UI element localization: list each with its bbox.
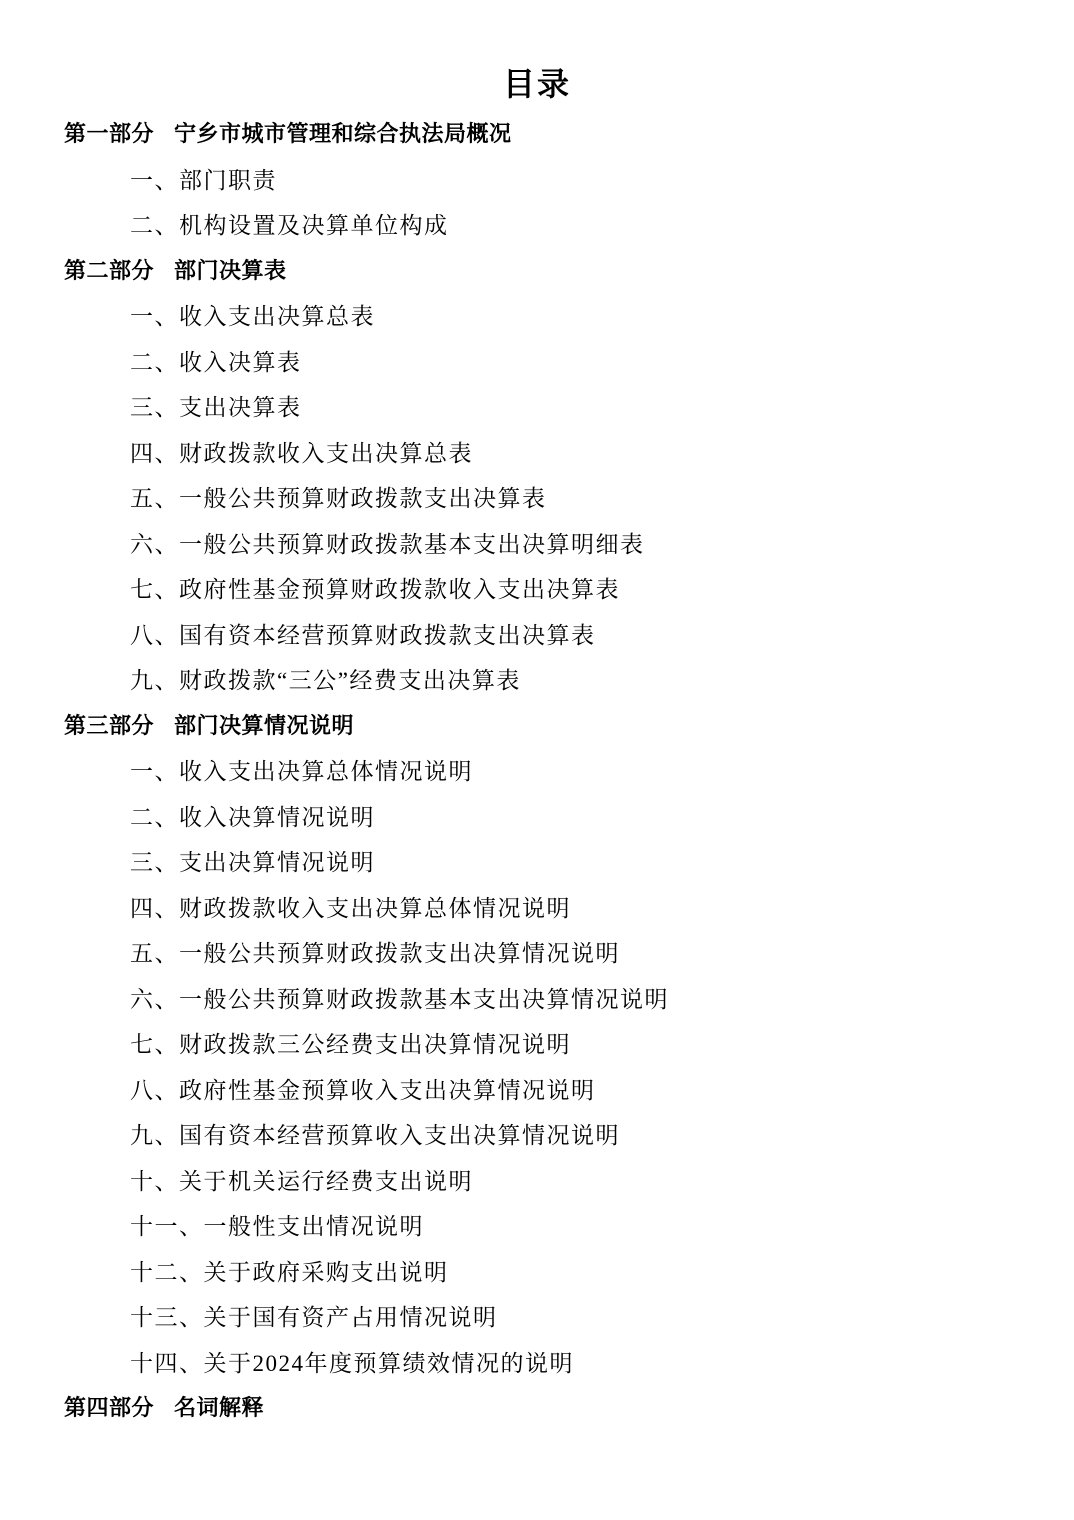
toc-item: 五、一般公共预算财政拨款支出决算情况说明 — [0, 929, 1074, 975]
toc-item-text: 八、政府性基金预算收入支出决算情况说明 — [130, 1072, 596, 1105]
toc-item: 四、财政拨款收入支出决算总表 — [0, 429, 1074, 475]
toc-item-text: 十一、一般性支出情况说明 — [130, 1208, 424, 1241]
toc-item: 一、收入支出决算总体情况说明 — [0, 747, 1074, 793]
toc-item: 七、政府性基金预算财政拨款收入支出决算表 — [0, 565, 1074, 611]
toc-item: 十四、关于2024年度预算绩效情况的说明 — [0, 1339, 1074, 1385]
toc-item: 二、收入决算情况说明 — [0, 793, 1074, 839]
toc-item: 七、财政拨款三公经费支出决算情况说明 — [0, 1020, 1074, 1066]
section-heading: 第四部分 名词解释 — [0, 1384, 1074, 1430]
toc-item: 九、财政拨款“三公”经费支出决算表 — [0, 656, 1074, 702]
toc-item-text: 一、部门职责 — [130, 162, 277, 195]
toc-item-text: 六、一般公共预算财政拨款基本支出决算明细表 — [130, 526, 645, 559]
section-title: 部门决算情况说明 — [174, 709, 354, 740]
toc-item-text: 八、国有资本经营预算财政拨款支出决算表 — [130, 617, 596, 650]
toc-item-text: 一、收入支出决算总体情况说明 — [130, 753, 473, 786]
toc-item-text: 四、财政拨款收入支出决算总体情况说明 — [130, 890, 571, 923]
toc-item-text: 一、收入支出决算总表 — [130, 298, 375, 331]
toc-item: 三、支出决算情况说明 — [0, 838, 1074, 884]
toc-item: 一、收入支出决算总表 — [0, 292, 1074, 338]
toc-item: 三、支出决算表 — [0, 383, 1074, 429]
section-title: 宁乡市城市管理和综合执法局概况 — [174, 117, 512, 148]
section-title: 名词解释 — [174, 1391, 264, 1422]
toc-item: 六、一般公共预算财政拨款基本支出决算情况说明 — [0, 975, 1074, 1021]
toc-item: 十一、一般性支出情况说明 — [0, 1202, 1074, 1248]
toc-item: 六、一般公共预算财政拨款基本支出决算明细表 — [0, 520, 1074, 566]
toc-item: 二、收入决算表 — [0, 338, 1074, 384]
toc-item: 四、财政拨款收入支出决算总体情况说明 — [0, 884, 1074, 930]
toc-item-text: 二、机构设置及决算单位构成 — [130, 207, 449, 240]
toc-item-text: 五、一般公共预算财政拨款支出决算表 — [130, 480, 547, 513]
toc-item-text: 九、财政拨款“三公”经费支出决算表 — [130, 662, 521, 695]
section-part-label: 第二部分 — [64, 254, 154, 285]
toc-item: 八、政府性基金预算收入支出决算情况说明 — [0, 1066, 1074, 1112]
section-part-label: 第四部分 — [64, 1391, 154, 1422]
toc-item-text: 三、支出决算情况说明 — [130, 844, 375, 877]
toc-item: 一、部门职责 — [0, 156, 1074, 202]
toc-item-text: 十四、关于2024年度预算绩效情况的说明 — [130, 1345, 574, 1378]
section-part-label: 第一部分 — [64, 117, 154, 148]
toc-item-text: 七、财政拨款三公经费支出决算情况说明 — [130, 1026, 571, 1059]
table-of-contents: 第一部分 宁乡市城市管理和综合执法局概况 一、部门职责 二、机构设置及决算单位构… — [0, 110, 1074, 1430]
toc-item: 十二、关于政府采购支出说明 — [0, 1248, 1074, 1294]
toc-item: 十、关于机关运行经费支出说明 — [0, 1157, 1074, 1203]
toc-item: 九、国有资本经营预算收入支出决算情况说明 — [0, 1111, 1074, 1157]
section-heading: 第二部分 部门决算表 — [0, 247, 1074, 293]
section-heading: 第一部分 宁乡市城市管理和综合执法局概况 — [0, 110, 1074, 156]
toc-item-text: 二、收入决算情况说明 — [130, 799, 375, 832]
toc-item-text: 四、财政拨款收入支出决算总表 — [130, 435, 473, 468]
toc-item-text: 六、一般公共预算财政拨款基本支出决算情况说明 — [130, 981, 669, 1014]
document-page: 目录 第一部分 宁乡市城市管理和综合执法局概况 一、部门职责 二、机构设置及决算… — [0, 0, 1074, 1520]
toc-item: 八、国有资本经营预算财政拨款支出决算表 — [0, 611, 1074, 657]
toc-item-text: 十二、关于政府采购支出说明 — [130, 1254, 449, 1287]
toc-item: 五、一般公共预算财政拨款支出决算表 — [0, 474, 1074, 520]
toc-item-text: 九、国有资本经营预算收入支出决算情况说明 — [130, 1117, 620, 1150]
toc-item-text: 七、政府性基金预算财政拨款收入支出决算表 — [130, 571, 620, 604]
section-title: 部门决算表 — [174, 254, 287, 285]
toc-item: 二、机构设置及决算单位构成 — [0, 201, 1074, 247]
toc-item-text: 十三、关于国有资产占用情况说明 — [130, 1299, 498, 1332]
section-heading: 第三部分 部门决算情况说明 — [0, 702, 1074, 748]
toc-item: 十三、关于国有资产占用情况说明 — [0, 1293, 1074, 1339]
toc-item-text: 三、支出决算表 — [130, 389, 302, 422]
page-title: 目录 — [0, 0, 1074, 110]
toc-item-text: 五、一般公共预算财政拨款支出决算情况说明 — [130, 935, 620, 968]
toc-item-text: 二、收入决算表 — [130, 344, 302, 377]
section-part-label: 第三部分 — [64, 709, 154, 740]
toc-item-text: 十、关于机关运行经费支出说明 — [130, 1163, 473, 1196]
